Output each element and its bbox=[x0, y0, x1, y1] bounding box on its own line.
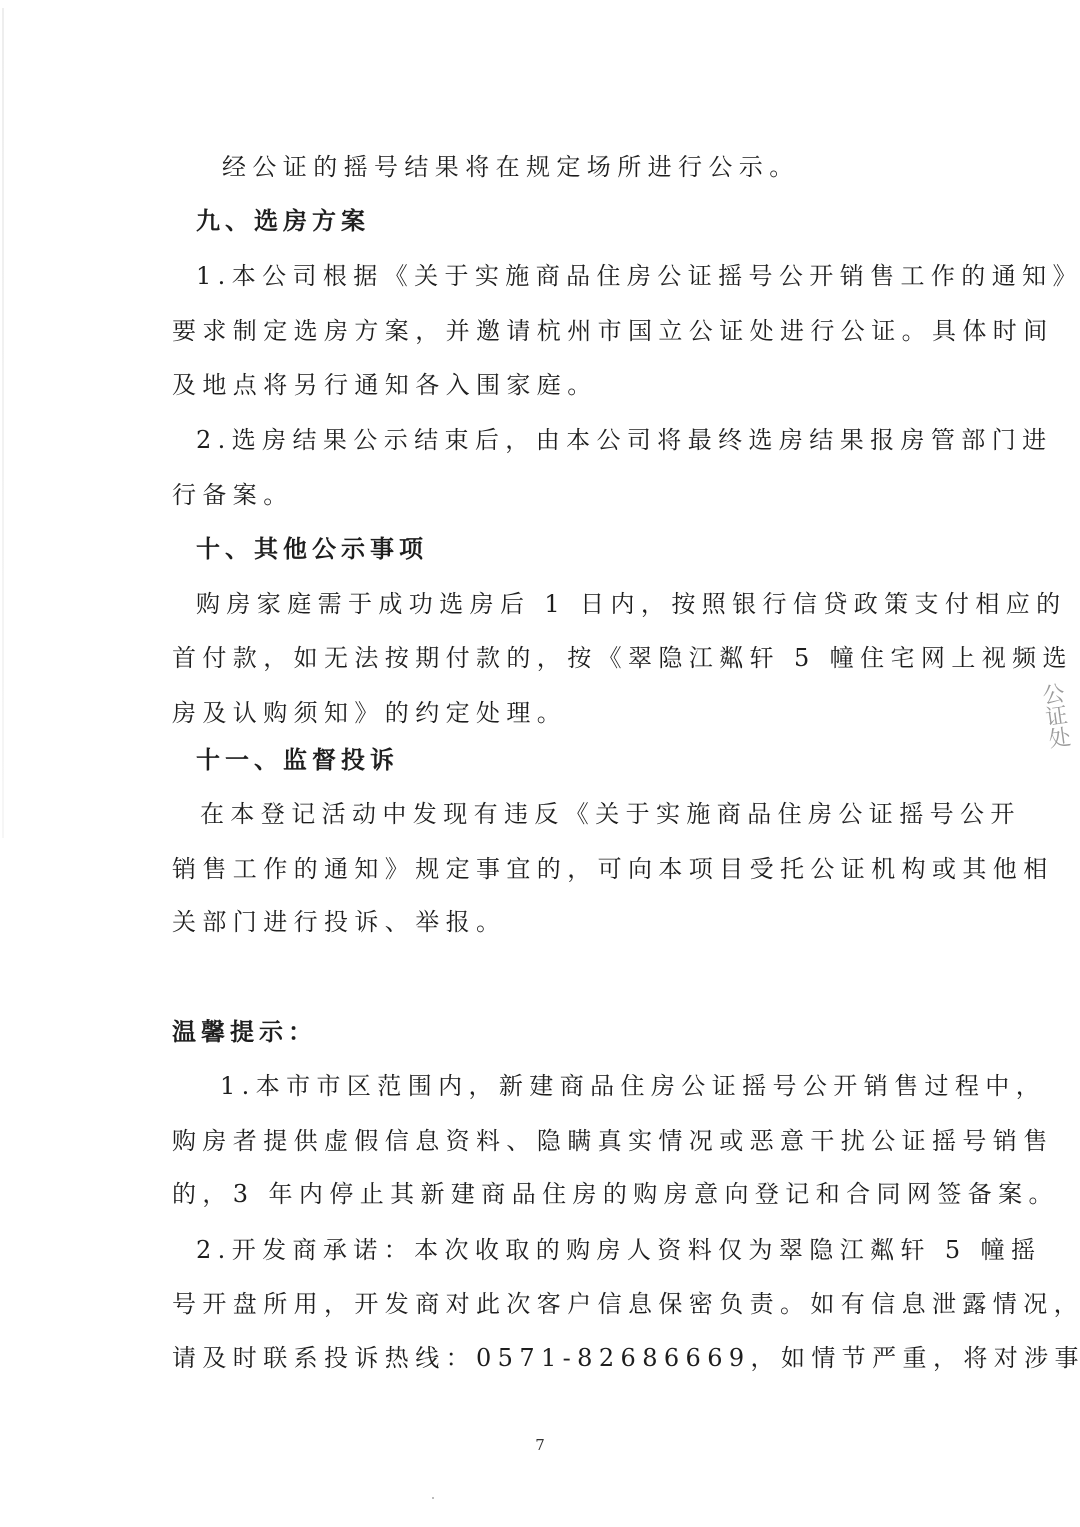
paragraph-line: 的，3 年内停止其新建商品住房的购房意向登记和合同网签备案。 bbox=[172, 1178, 932, 1210]
paragraph-line: 关部门进行投诉、举报。 bbox=[172, 906, 932, 938]
paragraph-line: 购房家庭需于成功选房后 1 日内，按照银行信贷政策支付相应的 bbox=[196, 588, 956, 620]
paragraph-line: 经公证的摇号结果将在规定场所进行公示。 bbox=[222, 151, 982, 183]
paragraph-line: 在本登记活动中发现有违反《关于实施商品住房公证摇号公开 bbox=[200, 798, 960, 830]
paragraph-line: 要求制定选房方案，并邀请杭州市国立公证处进行公证。具体时间 bbox=[172, 315, 932, 347]
paragraph-line: 销售工作的通知》规定事宜的，可向本项目受托公证机构或其他相 bbox=[172, 853, 932, 885]
paragraph-line: 号开盘所用，开发商对此次客户信息保密负责。如有信息泄露情况， bbox=[172, 1288, 932, 1320]
paragraph-line: 首付款，如无法按期付款的，按《翠隐江粼轩 5 幢住宅网上视频选 bbox=[172, 642, 932, 674]
paragraph-line: 2.开发商承诺：本次收取的购房人资料仅为翠隐江粼轩 5 幢摇 bbox=[196, 1234, 956, 1266]
section-heading: 温馨提示： bbox=[172, 1016, 932, 1048]
paragraph-line: 房及认购须知》的约定处理。 bbox=[172, 697, 932, 729]
scan-speck bbox=[432, 1497, 434, 1499]
paragraph-line: 1.本市市区范围内，新建商品住房公证摇号公开销售过程中， bbox=[220, 1070, 980, 1102]
paragraph-line: 购房者提供虚假信息资料、隐瞒真实情况或恶意干扰公证摇号销售 bbox=[172, 1125, 932, 1157]
paragraph-line: 及地点将另行通知各入围家庭。 bbox=[172, 369, 932, 401]
section-heading: 十一、监督投诉 bbox=[196, 744, 956, 776]
paragraph-line: 行备案。 bbox=[172, 479, 932, 511]
scan-edge-shadow bbox=[2, 8, 4, 838]
page-number: 7 bbox=[530, 1436, 550, 1454]
section-heading: 九、选房方案 bbox=[196, 205, 956, 237]
paragraph-line: 请及时联系投诉热线：0571-82686669，如情节严重，将对涉事人员 bbox=[172, 1342, 932, 1374]
section-heading: 十、其他公示事项 bbox=[196, 533, 956, 565]
paragraph-line: 2.选房结果公示结束后，由本公司将最终选房结果报房管部门进 bbox=[196, 424, 956, 456]
document-page: 经公证的摇号结果将在规定场所进行公示。九、选房方案1.本公司根据《关于实施商品住… bbox=[0, 0, 1080, 1527]
paragraph-line: 1.本公司根据《关于实施商品住房公证摇号公开销售工作的通知》 bbox=[196, 260, 956, 292]
